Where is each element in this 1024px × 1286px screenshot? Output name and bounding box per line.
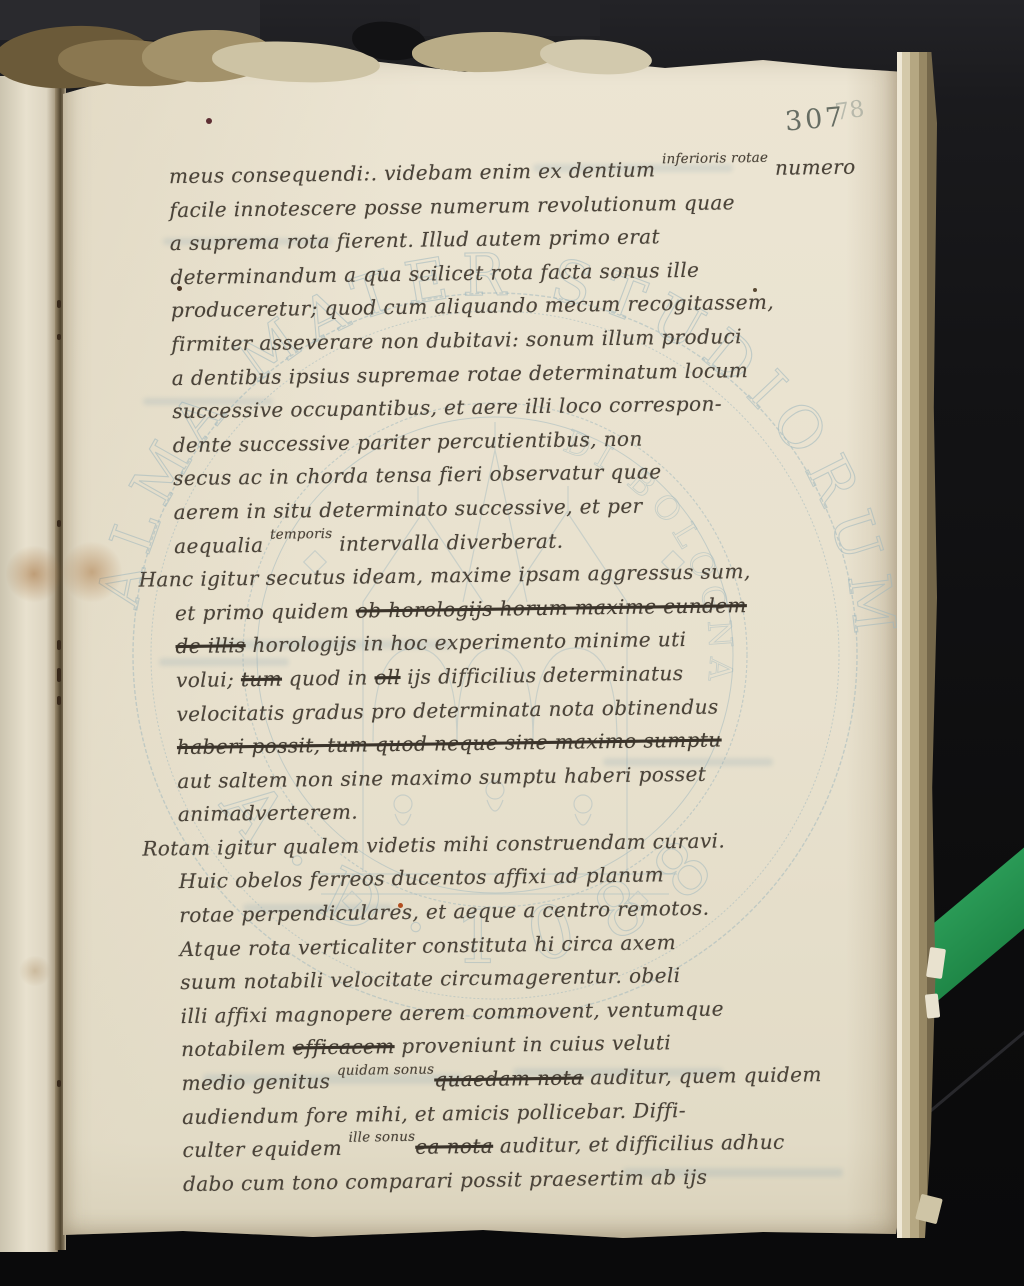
manuscript-paragraph: meus consequendi:. videbam enim ex denti… [133,151,799,563]
handwritten-text: Rotam igitur qualem videtis mihi constru… [142,828,725,860]
photo-scene: ALMA MATER STUDIORUM A·D·1088 DI BOLOGNA [0,0,1024,1286]
gutter-ink-mark [57,1080,61,1087]
folio-ghost-mark: 78 [833,96,866,126]
handwritten-text: aequalia [174,532,270,557]
handwritten-text: proveniunt in cuius veluti [394,1031,671,1059]
handwritten-text: suum notabili velocitate circumagerentur… [180,963,681,994]
foxing-stain [6,544,62,604]
handwritten-text: aut saltem non sine maximo sumptu haberi… [177,761,706,792]
ink-speck [177,286,182,291]
fore-edge-leaves [897,52,937,1238]
facing-page-edge [0,76,58,1252]
gutter-ink-mark [57,520,61,527]
struck-through-text: de illis [175,633,245,658]
handwritten-text: animadverterem. [178,800,359,827]
manuscript-paragraph: Rotam igitur qualem videtis mihi constru… [142,823,807,1202]
headband-speck [206,118,212,124]
gutter-ink-mark [57,334,61,340]
handwritten-text: culter equidem [182,1136,348,1162]
handwritten-text: a dentibus ipsius supremae rotae determi… [172,358,749,390]
handwritten-text: quod in [282,665,375,690]
handwritten-text: successive occupantibus, et aere illi lo… [172,392,722,424]
struck-through-text: ea nota [415,1134,493,1159]
handwritten-text: facile innotescere posse numerum revolut… [169,190,735,222]
handwritten-text: firmiter asseverare non dubitavi: sonum … [171,324,742,356]
struck-through-text: haberi possit, tum quod neque sine maxim… [177,728,722,760]
handwritten-text: illi affixi magnopere aerem commovent, v… [181,996,724,1028]
struck-through-text: ob horologijs horum maxime eundem [356,593,747,622]
handwritten-text: dabo cum tono comparari possit praeserti… [183,1165,708,1196]
handwritten-text: rotae perpendiculares, et aeque a centro… [179,896,710,927]
handwritten-text: auditur, et difficilius adhuc [493,1130,785,1158]
handwritten-text: a suprema rota fierent. Illud autem prim… [170,224,660,255]
struck-through-text: tum [241,667,282,692]
handwritten-text: velocitatis gradus pro determinata nota … [176,694,718,726]
handwritten-text: Huic obelos ferreos ducentos affixi ad p… [179,863,665,894]
handwritten-text: numero [768,155,856,180]
handwritten-text: notabilem [181,1036,293,1062]
handwritten-text: secus ac in chorda tensa fieri observatu… [173,460,662,491]
handwritten-text: ijs difficilius determinatus [400,661,683,689]
ink-speck [753,288,757,292]
handwritten-text: produceretur; quod cum aliquando mecum r… [171,290,775,322]
struck-through-text: oll [374,665,400,689]
fore-edge-torn-tab [925,993,940,1018]
handwritten-text: Atque rota verticaliter constituta hi ci… [180,930,677,961]
interlinear-insertion: ille sonus [348,1121,415,1156]
manuscript-text: meus consequendi:. videbam enim ex denti… [133,151,807,1202]
handwritten-text: medio genitus [181,1069,337,1095]
handwritten-text: Hanc igitur secutus ideam, maxime ipsam … [138,559,750,592]
handwritten-text: determinandum a qua scilicet rota facta … [170,258,699,289]
interlinear-insertion: temporis [270,517,333,551]
interlinear-insertion: inferioris rotae [662,142,769,177]
manuscript-paragraph: Hanc igitur secutus ideam, maxime ipsam … [138,555,802,833]
handwritten-text: horologijs in hoc experimento minime uti [245,627,686,657]
handwritten-text: meus consequendi:. videbam enim ex denti… [169,157,663,188]
handwritten-text: intervalla diverberat. [332,528,563,555]
handwritten-text: volui; [176,667,241,692]
handwritten-text: auditur, quem quidem [583,1062,822,1089]
handwritten-text: aerem in situ determinato successive, et… [174,494,643,525]
rust-speck [398,903,403,908]
struck-through-text: quaedam nota [434,1065,584,1091]
gutter-ink-mark [57,668,61,682]
backdrop-patch [420,0,600,36]
interlinear-insertion: quidam sonus [337,1054,435,1089]
foxing-stain [62,540,122,604]
handwritten-text: audiendum fore mihi, et amicis polliceba… [182,1098,686,1129]
manuscript-page: ALMA MATER STUDIORUM A·D·1088 DI BOLOGNA [63,42,905,1238]
fore-edge-torn-tab [915,1194,943,1225]
gutter-ink-mark [57,696,61,705]
handwritten-text: et primo quidem [175,598,356,625]
gutter-ink-mark [57,640,61,650]
foxing-stain [18,956,52,986]
gutter-ink-mark [57,300,61,308]
handwritten-text: dente successive pariter percutientibus,… [173,426,643,457]
